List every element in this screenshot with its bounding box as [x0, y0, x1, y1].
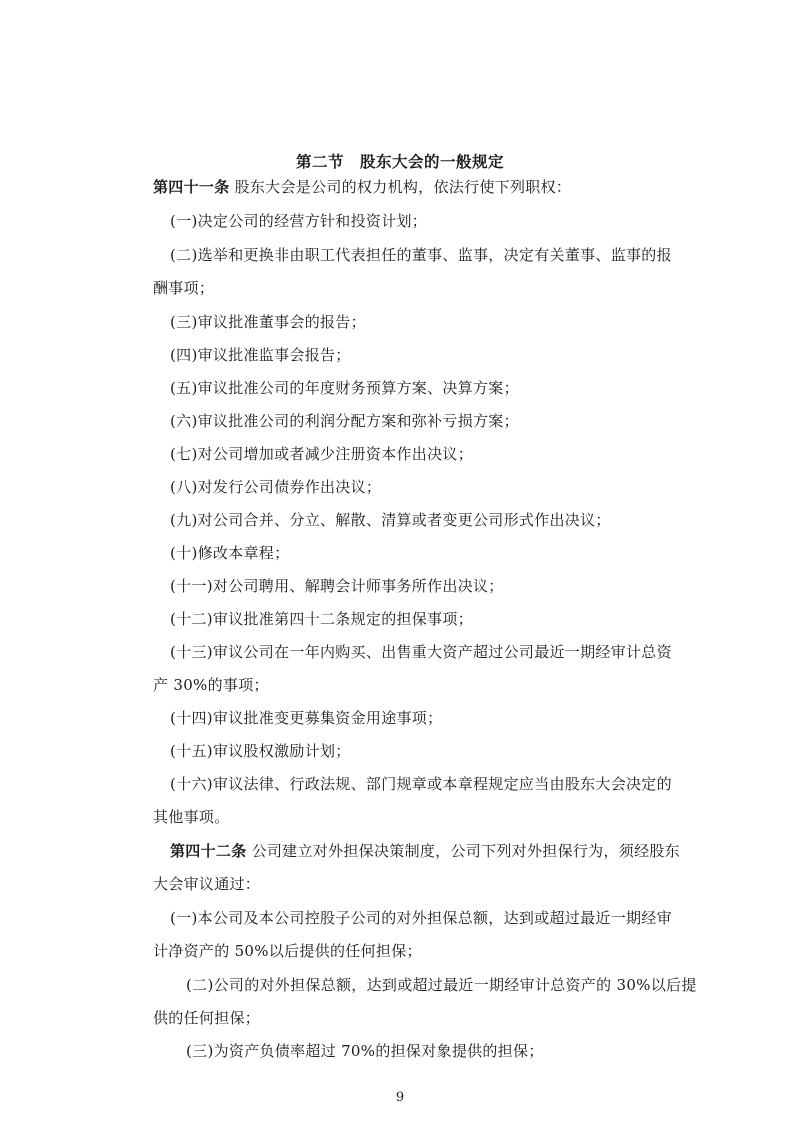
list-item: (八)对发行公司债券作出决议；	[170, 477, 690, 497]
list-item: (十二)审议批准第四十二条规定的担保事项；	[170, 609, 690, 629]
list-item: (一)决定公司的经营方针和投资计划；	[170, 211, 690, 231]
list-item: (一)本公司及本公司控股子公司的对外担保总额，达到或超过最近一期经审	[170, 908, 690, 928]
list-item: (十六)审议法律、行政法规、部门规章或本章程规定应当由股东大会决定的	[170, 774, 690, 794]
section-title: 第二节股东大会的一般规定	[0, 150, 800, 172]
list-item: (五)审议批准公司的年度财务预算方案、决算方案；	[170, 378, 690, 398]
list-item: (二)选举和更换非由职工代表担任的董事、监事，决定有关董事、监事的报	[170, 245, 690, 265]
list-item: (九)对公司合并、分立、解散、清算或者变更公司形式作出决议；	[170, 510, 690, 530]
article-42-label: 第四十二条	[170, 842, 247, 860]
list-item: (十五)审议股权激励计划；	[170, 741, 690, 761]
section-heading: 股东大会的一般规定	[360, 153, 504, 171]
list-item: (七)对公司增加或者减少注册资本作出决议；	[170, 444, 690, 464]
list-item: (六)审议批准公司的利润分配方案和弥补亏损方案；	[170, 411, 690, 431]
list-item-continuation: 酬事项；	[153, 278, 673, 298]
list-item-continuation: 其他事项。	[153, 807, 673, 827]
list-item-continuation: 计净资产的 50%以后提供的任何担保；	[153, 941, 673, 961]
list-item: (十四)审议批准变更募集资金用途事项；	[170, 708, 690, 728]
list-item: (十三)审议公司在一年内购买、出售重大资产超过公司最近一期经审计总资	[170, 642, 690, 662]
list-item: (十)修改本章程；	[170, 543, 690, 563]
document-page: 第二节股东大会的一般规定 第四十一条 股东大会是公司的权力机构，依法行使下列职权…	[0, 0, 800, 1131]
list-item-continuation: 供的任何担保；	[153, 1008, 673, 1028]
article-42-intro-continuation: 大会审议通过：	[153, 874, 673, 894]
list-item-continuation: 产 30%的事项；	[153, 675, 673, 695]
section-number: 第二节	[296, 153, 344, 171]
article-42-intro: 第四十二条 公司建立对外担保决策制度，公司下列对外担保行为，须经股东	[170, 841, 690, 861]
article-41-label: 第四十一条	[153, 178, 230, 196]
page-number: 9	[0, 1090, 800, 1105]
list-item: (三)审议批准董事会的报告；	[170, 312, 690, 332]
list-item: (二)公司的对外担保总额，达到或超过最近一期经审计总资产的 30%以后提	[186, 975, 706, 995]
list-item: (四)审议批准监事会报告；	[170, 345, 690, 365]
list-item: (十一)对公司聘用、解聘会计师事务所作出决议；	[170, 576, 690, 596]
article-41-intro: 第四十一条 股东大会是公司的权力机构，依法行使下列职权：	[153, 177, 673, 197]
list-item: (三)为资产负债率超过 70%的担保对象提供的担保；	[186, 1041, 706, 1061]
article-41-intro-text: 股东大会是公司的权力机构，依法行使下列职权：	[230, 178, 572, 196]
article-42-intro-text: 公司建立对外担保决策制度，公司下列对外担保行为，须经股东	[247, 842, 680, 860]
